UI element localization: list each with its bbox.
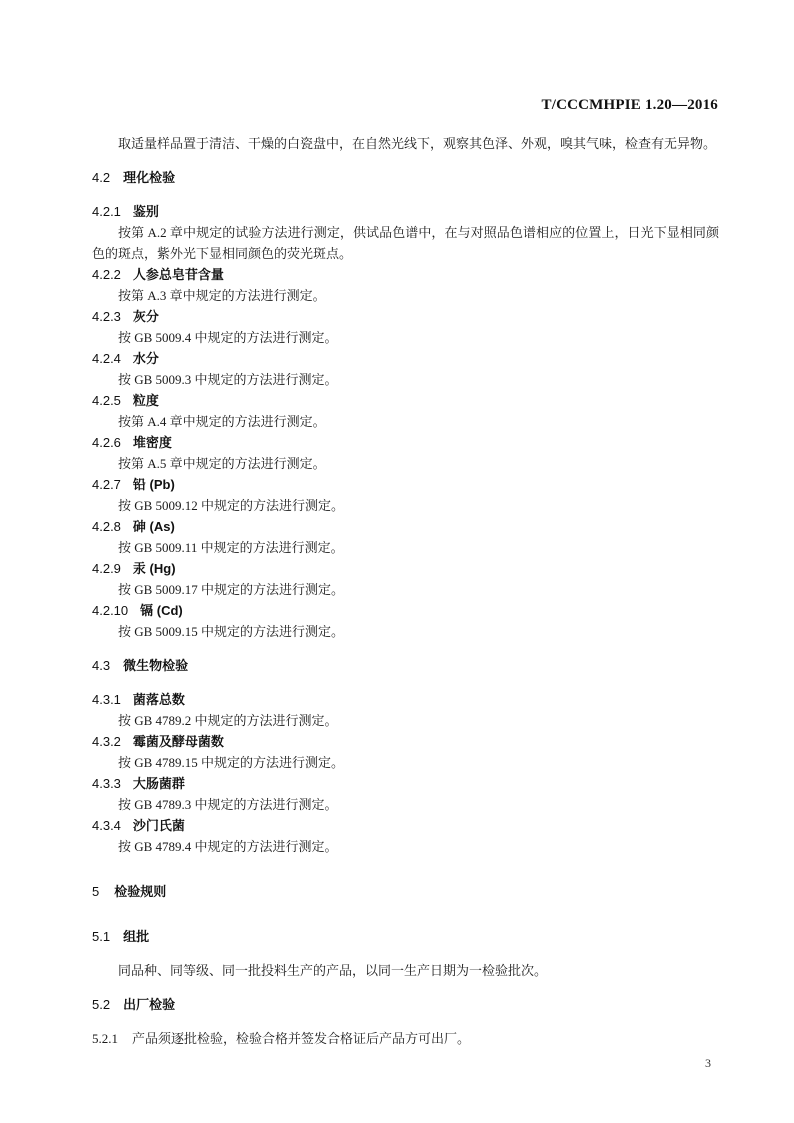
heading-4.2.8: 4.2.8砷 (As) (92, 516, 719, 537)
heading-text: 沙门氏菌 (133, 818, 185, 833)
heading-4.2.1: 4.2.1鉴别 (92, 201, 719, 222)
heading-text: 人参总皂苷含量 (133, 267, 224, 282)
heading-number: 4.2.8 (92, 519, 121, 534)
heading-4.3.1: 4.3.1菌落总数 (92, 689, 719, 710)
heading-number: 5 (92, 884, 99, 899)
heading-text: 霉菌及酵母菌数 (133, 734, 224, 749)
paragraph: 按 GB 5009.15 中规定的方法进行测定。 (92, 621, 719, 642)
paragraph: 按 GB 5009.11 中规定的方法进行测定。 (92, 537, 719, 558)
clause-number: 5.2.1 (92, 1031, 118, 1046)
heading-number: 4.2.2 (92, 267, 121, 282)
heading-text: 堆密度 (133, 435, 172, 450)
heading-text: 灰分 (133, 309, 159, 324)
page-number: 3 (0, 1056, 711, 1071)
paragraph: 按 GB 4789.15 中规定的方法进行测定。 (92, 752, 719, 773)
paragraph: 按 GB 5009.12 中规定的方法进行测定。 (92, 495, 719, 516)
heading-number: 4.3.4 (92, 818, 121, 833)
heading-number: 4.2.9 (92, 561, 121, 576)
heading-text: 组批 (123, 929, 149, 944)
heading-number: 4.2.5 (92, 393, 121, 408)
heading-4.2.5: 4.2.5粒度 (92, 390, 719, 411)
heading-number: 4.3.1 (92, 692, 121, 707)
heading-number: 4.3 (92, 658, 110, 673)
heading-4.3.2: 4.3.2霉菌及酵母菌数 (92, 731, 719, 752)
heading-text: 菌落总数 (133, 692, 185, 707)
heading-4.2.9: 4.2.9汞 (Hg) (92, 558, 719, 579)
heading-text: 鉴别 (133, 204, 159, 219)
paragraph: 按第 A.5 章中规定的方法进行测定。 (92, 453, 719, 474)
heading-number: 5.1 (92, 929, 110, 944)
heading-text: 微生物检验 (123, 658, 188, 673)
heading-4.3.3: 4.3.3大肠菌群 (92, 773, 719, 794)
heading-number: 4.2 (92, 170, 110, 185)
heading-number: 4.3.3 (92, 776, 121, 791)
heading-4.3.4: 4.3.4沙门氏菌 (92, 815, 719, 836)
heading-number: 4.2.7 (92, 477, 121, 492)
heading-text: 出厂检验 (123, 997, 175, 1012)
paragraph: 按 GB 4789.4 中规定的方法进行测定。 (92, 836, 719, 857)
clause-text: 产品须逐批检验，检验合格并签发合格证后产品方可出厂。 (132, 1031, 470, 1046)
heading-4.2.2: 4.2.2人参总皂苷含量 (92, 264, 719, 285)
heading-text: 砷 (As) (133, 519, 175, 534)
paragraph: 按 GB 4789.2 中规定的方法进行测定。 (92, 710, 719, 731)
document-page: T/CCCMHPIE 1.20—2016 取适量样品置于清洁、干燥的白瓷盘中，在… (0, 0, 794, 1123)
paragraph: 同品种、同等级、同一批投料生产的产品，以同一生产日期为一检验批次。 (92, 960, 719, 981)
heading-text: 理化检验 (123, 170, 175, 185)
paragraph: 取适量样品置于清洁、干燥的白瓷盘中，在自然光线下，观察其色泽、外观，嗅其气味，检… (92, 133, 719, 154)
heading-text: 镉 (Cd) (140, 603, 183, 618)
heading-number: 4.2.3 (92, 309, 121, 324)
heading-number: 4.2.4 (92, 351, 121, 366)
heading-4.2.7: 4.2.7铅 (Pb) (92, 474, 719, 495)
heading-4.2: 4.2理化检验 (92, 167, 719, 188)
heading-number: 4.2.6 (92, 435, 121, 450)
heading-text: 水分 (133, 351, 159, 366)
paragraph: 按 GB 5009.17 中规定的方法进行测定。 (92, 579, 719, 600)
heading-4.2.10: 4.2.10镉 (Cd) (92, 600, 719, 621)
heading-text: 铅 (Pb) (133, 477, 175, 492)
heading-number: 4.2.10 (92, 603, 128, 618)
heading-5.1: 5.1组批 (92, 926, 719, 947)
heading-text: 大肠菌群 (133, 776, 185, 791)
heading-number: 5.2 (92, 997, 110, 1012)
heading-text: 汞 (Hg) (133, 561, 176, 576)
heading-4.3: 4.3微生物检验 (92, 655, 719, 676)
heading-4.2.6: 4.2.6堆密度 (92, 432, 719, 453)
heading-5: 5检验规则 (92, 881, 719, 902)
paragraph: 按第 A.2 章中规定的试验方法进行测定，供试品色谱中，在与对照品色谱相应的位置… (92, 222, 719, 264)
paragraph: 按第 A.3 章中规定的方法进行测定。 (92, 285, 719, 306)
paragraph: 按 GB 5009.3 中规定的方法进行测定。 (92, 369, 719, 390)
heading-number: 4.3.2 (92, 734, 121, 749)
running-header: T/CCCMHPIE 1.20—2016 (92, 97, 718, 114)
heading-number: 4.2.1 (92, 204, 121, 219)
document-body: 取适量样品置于清洁、干燥的白瓷盘中，在自然光线下，观察其色泽、外观，嗅其气味，检… (92, 133, 719, 1049)
paragraph: 按 GB 5009.4 中规定的方法进行测定。 (92, 327, 719, 348)
heading-text: 检验规则 (114, 884, 166, 899)
heading-text: 粒度 (133, 393, 159, 408)
heading-4.2.3: 4.2.3灰分 (92, 306, 719, 327)
paragraph: 按 GB 4789.3 中规定的方法进行测定。 (92, 794, 719, 815)
clause-5.2.1: 5.2.1产品须逐批检验，检验合格并签发合格证后产品方可出厂。 (92, 1028, 719, 1049)
paragraph: 按第 A.4 章中规定的方法进行测定。 (92, 411, 719, 432)
heading-4.2.4: 4.2.4水分 (92, 348, 719, 369)
heading-5.2: 5.2出厂检验 (92, 994, 719, 1015)
